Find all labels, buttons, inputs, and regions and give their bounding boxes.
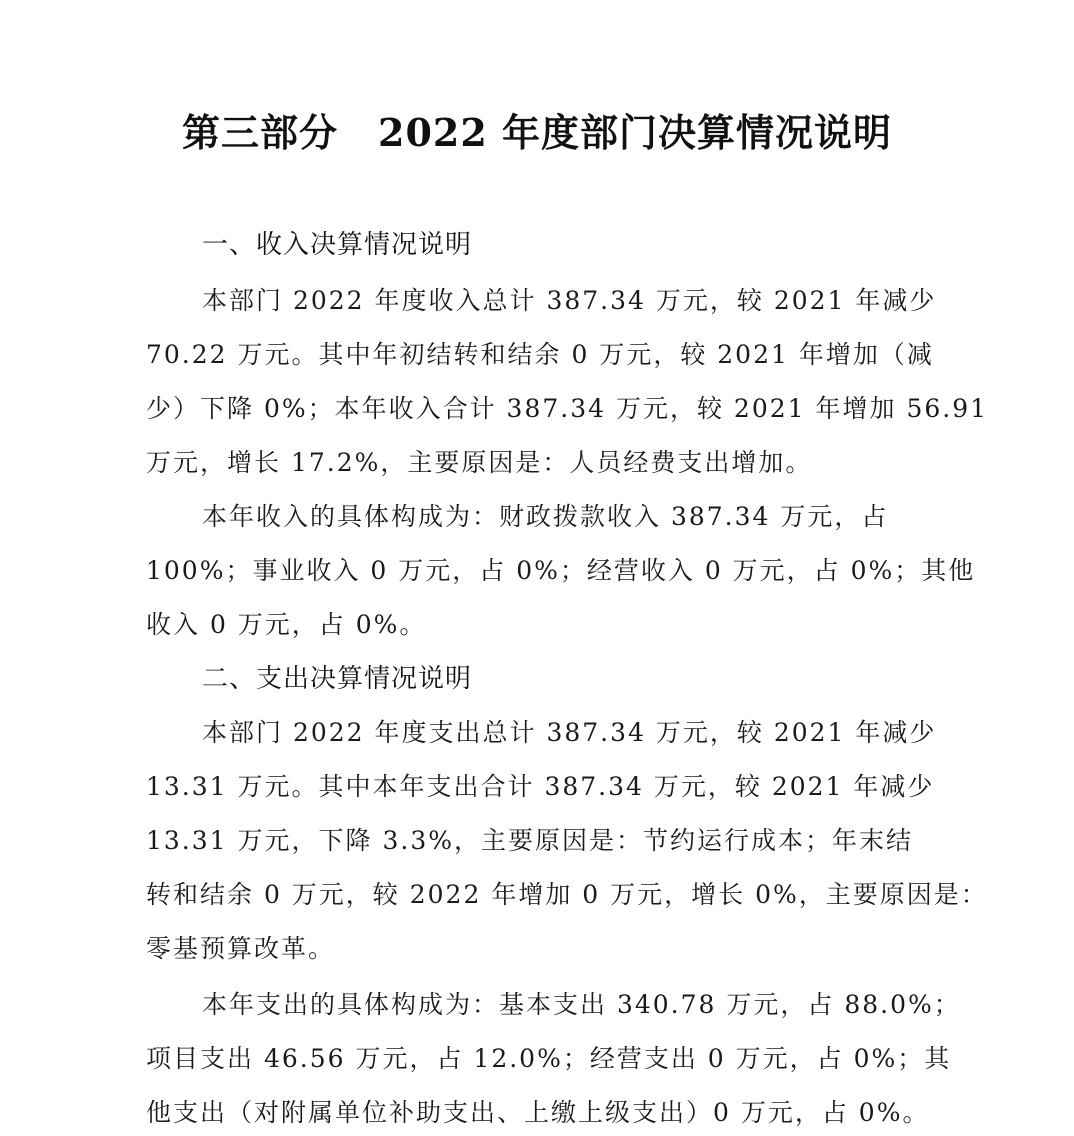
expenditure-paragraph-1-line-2: 13.31 万元。其中本年支出合计 387.34 万元，较 2021 年减少 xyxy=(146,770,934,804)
expenditure-paragraph-1-line-3: 13.31 万元，下降 3.3%，主要原因是：节约运行成本；年末结 xyxy=(146,824,913,858)
income-paragraph-1-line-4: 万元，增长 17.2%，主要原因是：人员经费支出增加。 xyxy=(146,446,812,480)
expenditure-paragraph-1-line-4: 转和结余 0 万元，较 2022 年增加 0 万元，增长 0%，主要原因是： xyxy=(146,878,988,912)
title-main: 2022 年度部门决算情况说明 xyxy=(378,110,892,155)
income-paragraph-1-line-3: 少）下降 0%；本年收入合计 387.34 万元，较 2021 年增加 56.9… xyxy=(146,392,988,426)
section-heading-expenditure: 二、支出决算情况说明 xyxy=(202,662,472,696)
expenditure-paragraph-1-line-1: 本部门 2022 年度支出总计 387.34 万元，较 2021 年减少 xyxy=(202,716,936,750)
income-paragraph-1-line-1: 本部门 2022 年度收入总计 387.34 万元，较 2021 年减少 xyxy=(202,284,936,318)
document-page: 第三部分2022 年度部门决算情况说明 一、收入决算情况说明 本部门 2022 … xyxy=(0,0,1074,1136)
expenditure-paragraph-1-line-5: 零基预算改革。 xyxy=(146,932,335,966)
page-title: 第三部分2022 年度部门决算情况说明 xyxy=(0,108,1074,158)
income-paragraph-1-line-2: 70.22 万元。其中年初结转和结余 0 万元，较 2021 年增加（减 xyxy=(146,338,934,372)
income-paragraph-2-line-2: 100%；事业收入 0 万元，占 0%；经营收入 0 万元，占 0%；其他 xyxy=(146,554,975,588)
income-paragraph-2-line-1: 本年收入的具体构成为：财政拨款收入 387.34 万元，占 xyxy=(202,500,888,534)
income-paragraph-2-line-3: 收入 0 万元，占 0%。 xyxy=(146,608,426,642)
expenditure-paragraph-2-line-2: 项目支出 46.56 万元，占 12.0%；经营支出 0 万元，占 0%；其 xyxy=(146,1042,951,1076)
section-heading-income: 一、收入决算情况说明 xyxy=(202,228,472,262)
title-part: 第三部分 xyxy=(182,110,338,155)
expenditure-paragraph-2-line-1: 本年支出的具体构成为：基本支出 340.78 万元，占 88.0%； xyxy=(202,988,961,1022)
expenditure-paragraph-2-line-3: 他支出（对附属单位补助支出、上缴上级支出）0 万元，占 0%。 xyxy=(146,1096,929,1130)
